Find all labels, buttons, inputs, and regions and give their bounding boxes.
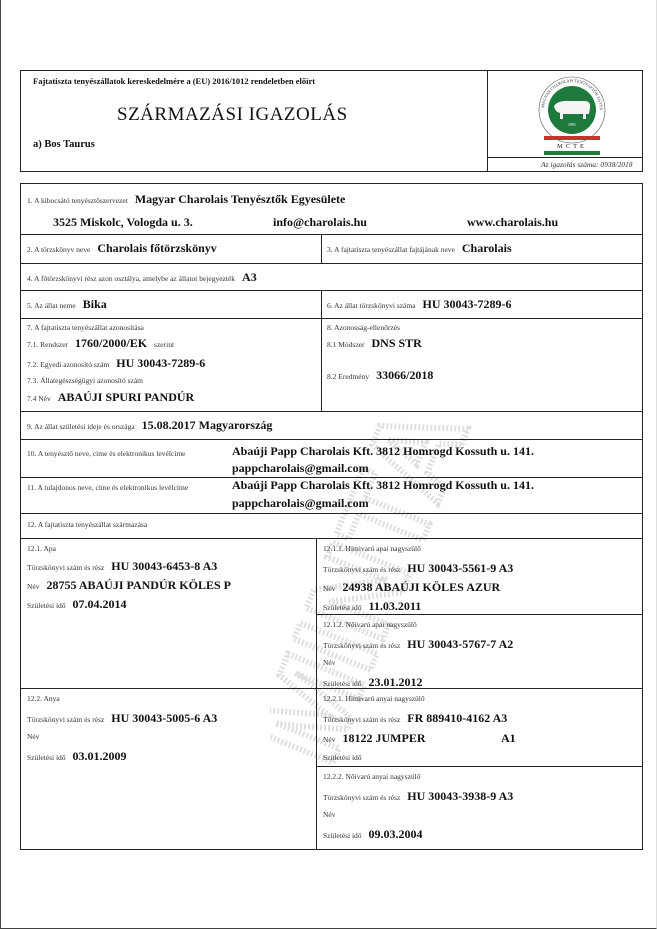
birth-value: 09.03.2004 <box>369 827 423 842</box>
divider <box>316 614 643 615</box>
divider <box>20 411 643 412</box>
divider <box>321 290 322 318</box>
dam-dam-birth: Születési idő 09.03.2004 <box>323 827 423 842</box>
certificate-number: Az igazolás száma: 0938/2018 <box>541 160 632 169</box>
divider <box>20 318 643 319</box>
birth-label: Születési idő <box>27 753 66 762</box>
sire-sire-herdbook: Törzskönyvi szám és rész HU 30043-5561-9… <box>323 561 513 576</box>
divider <box>20 263 643 264</box>
birth-value: 11.03.2011 <box>369 599 422 614</box>
section-6-herdbook-number: 6. Az állat törzskönyvi száma HU 30043-7… <box>327 297 512 312</box>
method-value: DNS STR <box>372 336 422 351</box>
name-label: Név <box>323 735 336 744</box>
issuer-address: 3525 Miskolc, Vologda u. 3. <box>53 215 193 230</box>
section-7-1-system: 7.1. Rendszer 1760/2000/EK szerint <box>27 336 174 351</box>
document-title: SZÁRMAZÁSI IGAZOLÁS <box>117 104 348 126</box>
section-7-2-unique-id: 7.2. Egyedi azonosító szám HU 30043-7289… <box>27 356 205 371</box>
herdbook-value: HU 30043-5767-7 A2 <box>407 637 513 652</box>
breeder-email[interactable]: pappcharolais@gmail.com <box>232 461 369 476</box>
birth-label: Születési idő <box>323 831 362 840</box>
sire-sire-name: Név 24938 ABAÚJI KÖLES AZUR <box>323 580 500 595</box>
sire-label: 12.1. Apa <box>27 544 56 553</box>
animal-name-value: ABAÚJI SPURI PANDÚR <box>58 390 194 405</box>
birth-label: Születési idő <box>27 601 66 610</box>
section-10-label: 10. A tenyésztő neve, címe és elektronik… <box>27 449 186 458</box>
section-9-value: 15.08.2017 Magyarország <box>142 418 273 433</box>
section-5-value: Bika <box>83 297 107 312</box>
section-8-label: 8. Azonosság-ellenőrzés <box>327 323 400 332</box>
svg-text:1991: 1991 <box>568 122 576 127</box>
section-4-label: 4. A főtörzskönyvi rész azon osztálya, a… <box>27 274 235 283</box>
herdbook-label: Törzskönyvi szám és rész <box>323 565 400 574</box>
birth-label: Születési idő <box>323 679 362 688</box>
herdbook-value: FR 889410-4162 A3 <box>407 711 507 726</box>
section-11-label: 11. A tulajdonos neve, címe és elektroni… <box>27 483 188 492</box>
herdbook-label: Törzskönyvi szám és rész <box>323 715 400 724</box>
section-9-birth: 9. Az állat születési ideje és országa 1… <box>27 418 272 433</box>
herdbook-label: Törzskönyvi szám és rész <box>323 793 400 802</box>
herdbook-value: HU 30043-5561-9 A3 <box>407 561 513 576</box>
divider <box>20 513 643 514</box>
owner-email[interactable]: pappcharolais@gmail.com <box>232 496 369 511</box>
section-3-value: Charolais <box>462 241 512 256</box>
name-label: Név <box>323 584 336 593</box>
divider <box>20 688 643 689</box>
section-1-issuer: 1. A kibocsátó tenyésztőszervezet Magyar… <box>27 192 345 207</box>
sire-dam-label: 12.1.2. Nőivarú apai nagyszülő <box>323 620 417 629</box>
owner-line-1: Abaúji Papp Charolais Kft. 3812 Homrogd … <box>232 478 534 493</box>
section-1-label: 1. A kibocsátó tenyésztőszervezet <box>27 196 128 205</box>
dam-name-label: Név <box>27 732 40 741</box>
unique-id-label: 7.2. Egyedi azonosító szám <box>27 360 109 369</box>
section-8-2-result: 8.2 Eredmény 33066/2018 <box>327 368 433 383</box>
dam-dam-label: 12.2.2. Nőivarú anyai nagyszülő <box>323 772 420 781</box>
birth-label: Születési idő <box>323 603 362 612</box>
section-2-label: 2. A törzskönyv neve <box>27 245 90 254</box>
name-value: 18122 JUMPER <box>343 731 426 746</box>
dam-dam-herdbook: Törzskönyvi szám és rész HU 30043-3938-9… <box>323 789 513 804</box>
section-8-1-method: 8.1 Módszer DNS STR <box>327 336 422 351</box>
breeder-line-1: Abaúji Papp Charolais Kft. 3812 Homrogd … <box>232 444 534 459</box>
divider <box>20 538 643 539</box>
birth-value: 03.01.2009 <box>73 749 127 764</box>
issuer-website[interactable]: www.charolais.hu <box>467 215 558 230</box>
method-label: 8.1 Módszer <box>327 340 365 349</box>
dam-sire-name-suffix: A1 <box>501 731 516 746</box>
divider <box>316 538 317 850</box>
system-suffix: szerint <box>154 340 174 349</box>
svg-text:MCTE: MCTE <box>557 143 587 150</box>
sire-dam-name-label: Név <box>323 658 336 667</box>
birth-value: 07.04.2014 <box>73 597 127 612</box>
dam-sire-birth-label: Születési idő <box>323 753 362 762</box>
system-label: 7.1. Rendszer <box>27 340 68 349</box>
name-label: Név <box>27 582 40 591</box>
animal-name-label: 7.4 Név <box>27 394 51 403</box>
sire-dam-herdbook: Törzskönyvi szám és rész HU 30043-5767-7… <box>323 637 513 652</box>
herdbook-label: Törzskönyvi szám és rész <box>323 641 400 650</box>
issuer-email[interactable]: info@charolais.hu <box>273 215 367 230</box>
herdbook-value: HU 30043-5005-6 A3 <box>111 711 217 726</box>
divider <box>321 234 322 263</box>
unique-id-value: HU 30043-7289-6 <box>116 356 205 371</box>
divider <box>316 766 643 767</box>
sire-sire-label: 12.1.1. Hímivarú apai nagyszülő <box>323 544 421 553</box>
section-3-label: 3. A fajtatiszta tenyészállat fajtájának… <box>327 245 455 254</box>
herdbook-label: Törzskönyvi szám és rész <box>27 715 104 724</box>
section-7-4-name: 7.4 Név ABAÚJI SPURI PANDÚR <box>27 390 194 405</box>
section-3-breed: 3. A fajtatiszta tenyészállat fajtájának… <box>327 241 512 256</box>
dam-sire-name: Név 18122 JUMPER <box>323 731 426 746</box>
divider <box>321 318 322 411</box>
divider <box>20 234 643 235</box>
section-6-value: HU 30043-7289-6 <box>423 297 512 312</box>
sire-sire-birth: Születési idő 11.03.2011 <box>323 599 421 614</box>
divider <box>20 439 643 440</box>
dam-birth: Születési idő 03.01.2009 <box>27 749 127 764</box>
section-1-value: Magyar Charolais Tenyésztők Egyesülete <box>135 192 346 207</box>
mcte-logo-icon: 1991 MAGYAR CHAROLAIS TENYÉSZTŐK EGYESÜL… <box>530 76 614 158</box>
regulation-line: Fajtatiszta tenyészállatok kereskedelmér… <box>33 76 315 86</box>
dam-label: 12.2. Anya <box>27 694 60 703</box>
section-5-sex: 5. Az állat neme Bika <box>27 297 107 312</box>
result-value: 33066/2018 <box>376 368 433 383</box>
section-2-value: Charolais főtörzskönyv <box>97 241 216 256</box>
section-9-label: 9. Az állat születési ideje és országa <box>27 422 135 431</box>
herdbook-value: HU 30043-3938-9 A3 <box>407 789 513 804</box>
section-4-class: 4. A főtörzskönyvi rész azon osztálya, a… <box>27 270 257 285</box>
sire-name: Név 28755 ABAÚJI PANDÚR KÖLES P <box>27 578 231 593</box>
section-4-value: A3 <box>242 270 257 285</box>
dam-sire-label: 12.2.1. Hímivarú anyai nagyszülő <box>323 694 425 703</box>
section-12-label: 12. A fajtatiszta tenyészállat származás… <box>27 520 147 529</box>
herdbook-value: HU 30043-6453-8 A3 <box>111 559 217 574</box>
herdbook-label: Törzskönyvi szám és rész <box>27 563 104 572</box>
sire-birth: Születési idő 07.04.2014 <box>27 597 127 612</box>
sire-herdbook: Törzskönyvi szám és rész HU 30043-6453-8… <box>27 559 217 574</box>
result-label: 8.2 Eredmény <box>327 372 369 381</box>
name-value: 24938 ABAÚJI KÖLES AZUR <box>343 580 501 595</box>
system-value: 1760/2000/EK <box>75 336 147 351</box>
section-6-label: 6. Az állat törzskönyvi száma <box>327 301 416 310</box>
dam-sire-herdbook: Törzskönyvi szám és rész FR 889410-4162 … <box>323 711 507 726</box>
species-label: a) Bos Taurus <box>33 139 95 150</box>
dam-dam-name-label: Név <box>323 810 336 819</box>
section-2-herdbook: 2. A törzskönyv neve Charolais főtörzskö… <box>27 241 217 256</box>
divider <box>20 290 643 291</box>
section-5-label: 5. Az állat neme <box>27 301 76 310</box>
name-value: 28755 ABAÚJI PANDÚR KÖLES P <box>47 578 231 593</box>
section-7-label: 7. A fajtatiszta tenyészállat azonosítás… <box>27 323 144 332</box>
dam-herdbook: Törzskönyvi szám és rész HU 30043-5005-6… <box>27 711 217 726</box>
section-7-3-health-id-label: 7.3. Állategészségügyi azonosító szám <box>27 376 143 385</box>
